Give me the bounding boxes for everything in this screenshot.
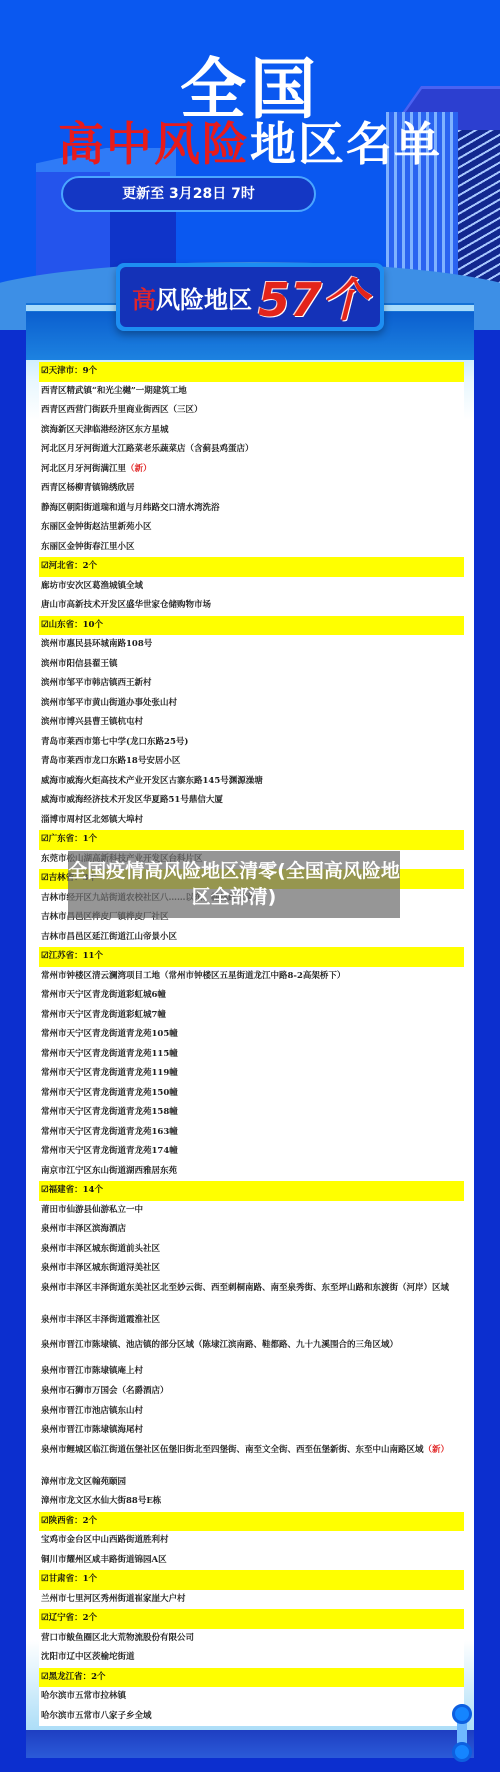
list-item: 常州市天宁区青龙街道彩虹城6幢 (39, 986, 464, 1006)
list-item: 威海市威海火炬高技术产业开发区古寨东路145号渊源澡塘 (39, 772, 464, 792)
list-item: 滨州市阳信县翟王镇 (39, 655, 464, 675)
update-time-badge: 更新至 3月28日 7时 (61, 176, 316, 212)
province-header: ☑甘肃省：1个 (39, 1570, 464, 1590)
list-item: 莆田市仙游县仙游私立一中 (39, 1201, 464, 1221)
list-item: 泉州市丰泽区城东街道前头社区 (39, 1240, 464, 1260)
list-item: 泉州市鲤城区临江街道伍堡社区伍堡旧街北至四堡街、南至文全街、西至伍堡新街、东至中… (39, 1441, 464, 1473)
list-item: 静海区朝阳街道瑞和道与月纬路交口清水湾洗浴 (39, 499, 464, 519)
list-item: 滨州市邹平市韩店镇西王新村 (39, 674, 464, 694)
scroll-decoration-icon (452, 1704, 472, 1762)
list-item: 泉州市晋江市陈埭镇海尾村 (39, 1421, 464, 1441)
list-item: 滨州市博兴县曹王镇杭屯村 (39, 713, 464, 733)
frame-bottom-band (26, 1730, 474, 1758)
risk-area-list: ☑天津市：9个西青区精武镇“和光尘樾”一期建筑工地西青区西营门街跃升里商业街西区… (39, 362, 464, 1726)
title-suffix: 地区名单 (250, 117, 442, 171)
page-title-line2: 高中风险地区名单 (0, 108, 500, 174)
province-header: ☑广东省：1个 (39, 830, 464, 850)
province-header: ☑江苏省：11个 (39, 947, 464, 967)
list-item: 沈阳市辽中区茨榆坨街道 (39, 1648, 464, 1668)
list-item: 唐山市高新技术开发区盛华世家仓储购物市场 (39, 596, 464, 616)
list-item: 滨州市邹平市黄山街道办事处张山村 (39, 694, 464, 714)
list-item: 河北区月牙河街满江里（新） (39, 460, 464, 480)
list-item: 漳州市龙文区翰苑颐园 (39, 1473, 464, 1493)
province-header: ☑陕西省：2个 (39, 1512, 464, 1532)
list-item: 青岛市莱西市第七中学(龙口东路25号) (39, 733, 464, 753)
list-item: 常州市天宁区青龙街道青龙苑163幢 (39, 1123, 464, 1143)
province-header: ☑山东省：10个 (39, 616, 464, 636)
list-item: 哈尔滨市五常市八家子乡全域 (39, 1707, 464, 1727)
list-item: 东丽区金钟街春江里小区 (39, 538, 464, 558)
list-item: 威海市威海经济技术开发区华夏路51号鼎信大厦 (39, 791, 464, 811)
list-item: 常州市天宁区青龙街道彩虹城7幢 (39, 1006, 464, 1026)
watermark-caption: 全国疫情高风险地区清零(全国高风险地区全部清) (68, 851, 400, 918)
list-item: 漳州市龙文区水仙大街88号E栋 (39, 1492, 464, 1512)
list-item: 营口市鲅鱼圈区北大荒物流股份有限公司 (39, 1629, 464, 1649)
new-tag: （新） (126, 464, 152, 474)
list-item: 兰州市七里河区秀州街道崔家崖大户村 (39, 1590, 464, 1610)
list-item: 常州市天宁区青龙街道青龙苑150幢 (39, 1084, 464, 1104)
list-item: 泉州市丰泽区滨海酒店 (39, 1220, 464, 1240)
title-highlight-red: 高中风险 (58, 117, 250, 171)
risk-count-number: 57个 (258, 264, 368, 330)
list-item: 铜川市耀州区咸丰路街道锦园A区 (39, 1551, 464, 1571)
list-item: 泉州市石狮市万国会（名爵酒店） (39, 1382, 464, 1402)
list-item: 哈尔滨市五常市拉林镇 (39, 1687, 464, 1707)
list-item: 滨海新区天津临港经济区东方星城 (39, 421, 464, 441)
list-item: 南京市江宁区东山街道湖西雅居东苑 (39, 1162, 464, 1182)
province-header: ☑天津市：9个 (39, 362, 464, 382)
list-item: 青岛市莱西市龙口东路18号安居小区 (39, 752, 464, 772)
list-item: 常州市天宁区青龙街道青龙苑174幢 (39, 1142, 464, 1162)
province-header: ☑黑龙江省：2个 (39, 1668, 464, 1688)
risk-count-badge: 高风险地区 57个 (116, 263, 384, 331)
list-item: 宝鸡市金台区中山西路街道胜利村 (39, 1531, 464, 1551)
list-item: 吉林市昌邑区延江街道江山帝景小区 (39, 928, 464, 948)
list-item: 常州市天宁区青龙街道青龙苑119幢 (39, 1064, 464, 1084)
list-item: 泉州市晋江市陈埭镇庵上村 (39, 1356, 464, 1382)
list-item: 常州市钟楼区清云澜湾项目工地（常州市钟楼区五星街道龙江中路8-2高架桥下） (39, 967, 464, 987)
list-item: 泉州市丰泽区丰泽街道东美社区北至妙云街、西至刺桐南路、南至泉秀街、东至坪山路和东… (39, 1279, 464, 1311)
list-item: 东丽区金钟街赵沽里新苑小区 (39, 518, 464, 538)
list-item: 泉州市丰泽区城东街道浔美社区 (39, 1259, 464, 1279)
list-item: 河北区月牙河街道大江路菜老乐蔬菜店（含蓟县鸡蛋店） (39, 440, 464, 460)
list-item: 常州市天宁区青龙街道青龙苑115幢 (39, 1045, 464, 1065)
list-item: 泉州市丰泽区丰泽街道霞淮社区 (39, 1311, 464, 1331)
list-item: 廊坊市安次区葛渔城镇全域 (39, 577, 464, 597)
risk-count-label: 高风险地区 (132, 280, 252, 315)
list-item: 常州市天宁区青龙街道青龙苑158幢 (39, 1103, 464, 1123)
province-header: ☑河北省：2个 (39, 557, 464, 577)
list-item: 西青区西营门街跃升里商业街西区（三区） (39, 401, 464, 421)
province-header: ☑辽宁省：2个 (39, 1609, 464, 1629)
list-item: 西青区精武镇“和光尘樾”一期建筑工地 (39, 382, 464, 402)
list-item: 泉州市晋江市池店镇东山村 (39, 1402, 464, 1422)
new-tag: （新） (424, 1445, 450, 1455)
list-item: 西青区杨柳青镇锦绣欣居 (39, 479, 464, 499)
province-header: ☑福建省：14个 (39, 1181, 464, 1201)
list-item: 淄博市周村区北郊镇大埠村 (39, 811, 464, 831)
list-item: 泉州市晋江市陈埭镇、池店镇的部分区域（陈埭江滨南路、鞋都路、九十九溪围合的三角区… (39, 1330, 464, 1356)
list-item: 滨州市惠民县环城南路108号 (39, 635, 464, 655)
list-item: 常州市天宁区青龙街道青龙苑105幢 (39, 1025, 464, 1045)
